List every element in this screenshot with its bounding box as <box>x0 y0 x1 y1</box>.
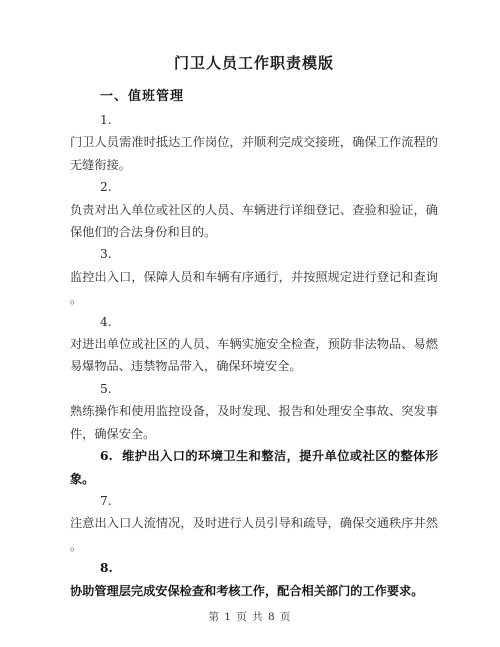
item-text: 熟练操作和使用监控设备，及时发现、报告和处理安全事故、突发事件，确保安全。 <box>70 400 438 445</box>
page-number-footer: 第 1 页 共 8 页 <box>0 609 500 624</box>
item-number: 1. <box>70 109 438 131</box>
item-text: 协助管理层完成安保检查和考核工作，配合相关部门的工作要求。 <box>70 580 438 602</box>
item-number: 8. <box>70 557 438 579</box>
item-text: 负责对出入单位或社区的人员、车辆进行详细登记、查验和验证，确保他们的合法身份和目… <box>70 199 438 244</box>
list-item: 6. 维护出入口的环境卫生和整洁，提升单位或社区的整体形象。 <box>70 445 438 490</box>
item-text: 注意出入口人流情况，及时进行人员引导和疏导，确保交通秩序井然。 <box>70 512 438 557</box>
item-number: 4. <box>70 311 438 333</box>
document-content: 门卫人员工作职责模版 一、值班管理 1.门卫人员需准时抵达工作岗位，并顺利完成交… <box>0 0 500 602</box>
item-number: 5. <box>70 378 438 400</box>
item-number: 3. <box>70 243 438 265</box>
item-number: 7. <box>70 490 438 512</box>
items-list: 1.门卫人员需准时抵达工作岗位，并顺利完成交接班，确保工作流程的无缝衔接。2.负… <box>70 109 438 602</box>
document-page: 门卫人员工作职责模版 一、值班管理 1.门卫人员需准时抵达工作岗位，并顺利完成交… <box>0 0 500 647</box>
document-title: 门卫人员工作职责模版 <box>70 50 438 76</box>
section-heading: 一、值班管理 <box>70 85 438 109</box>
item-text: 对进出单位或社区的人员、车辆实施安全检查，预防非法物品、易燃易爆物品、违禁物品带… <box>70 333 438 378</box>
item-number: 2. <box>70 176 438 198</box>
item-text: 监控出入口，保障人员和车辆有序通行，并按照规定进行登记和查询。 <box>70 266 438 311</box>
item-text: 门卫人员需准时抵达工作岗位，并顺利完成交接班，确保工作流程的无缝衔接。 <box>70 131 438 176</box>
